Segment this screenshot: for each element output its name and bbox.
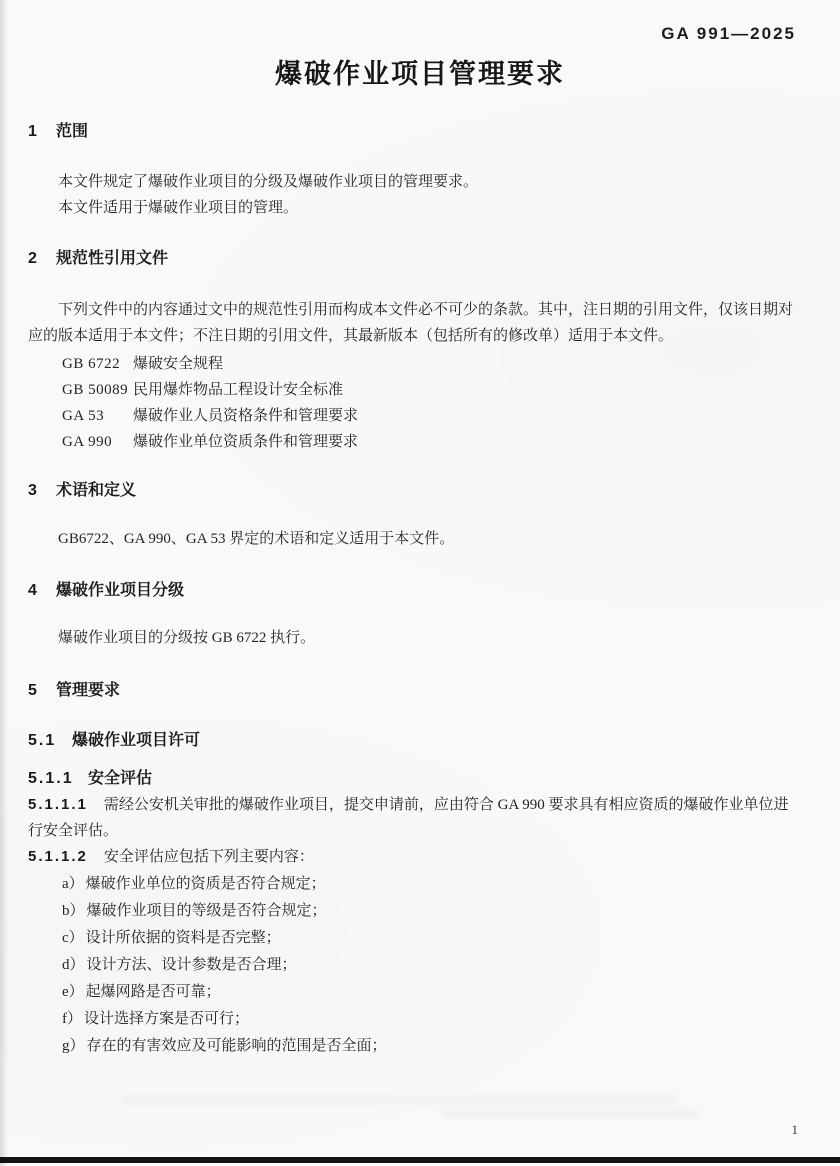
paragraph: 爆破作业项目的分级按 GB 6722 执行。 (28, 625, 796, 651)
list-item: c）设计所依据的资料是否完整； (62, 925, 796, 952)
list-item: g）存在的有害效应及可能影响的范围是否全面； (62, 1033, 796, 1060)
section-5-heading: 5管理要求 (28, 678, 796, 704)
assessment-item-list: a）爆破作业单位的资质是否符合规定； b）爆破作业项目的等级是否符合规定； c）… (62, 871, 796, 1060)
reference-title: 爆破作业人员资格条件和管理要求 (133, 408, 358, 424)
reference-code: GA 990 (62, 429, 133, 455)
item-text: 设计方法、设计参数是否合理； (87, 957, 297, 973)
list-item: a）爆破作业单位的资质是否符合规定； (62, 871, 796, 898)
clause-text: 需经公安机关审批的爆破作业项目，提交申请前，应由符合 GA 990 要求具有相应… (28, 797, 788, 839)
item-label: a） (62, 876, 84, 892)
item-text: 爆破作业项目的等级是否符合规定； (87, 903, 327, 919)
item-text: 存在的有害效应及可能影响的范围是否全面； (87, 1038, 387, 1054)
section-1-heading: 1范围 (28, 119, 796, 145)
clause-number: 5.1.1.2 (28, 848, 88, 865)
reference-row: GB 6722爆破安全规程 (62, 351, 796, 377)
bleedthrough-smudge (120, 1096, 680, 1104)
reference-row: GA 53爆破作业人员资格条件和管理要求 (62, 403, 796, 429)
clause-5-1-1-1: 5.1.1.1需经公安机关审批的爆破作业项目，提交申请前，应由符合 GA 990… (28, 792, 796, 844)
item-text: 起爆网路是否可靠； (86, 984, 221, 1000)
section-4-heading: 4爆破作业项目分级 (28, 578, 796, 604)
section-number: 2 (28, 246, 42, 272)
scanned-document-page: GA 991—2025 爆破作业项目管理要求 1范围 本文件规定了爆破作业项目的… (0, 0, 840, 1166)
item-label: b） (62, 903, 85, 919)
clause-text: 安全评估应包括下列主要内容： (104, 849, 314, 865)
paragraph: 下列文件中的内容通过文中的规范性引用而构成本文件必不可少的条款。其中，注日期的引… (28, 297, 796, 349)
item-label: g） (62, 1038, 85, 1054)
section-heading-text: 安全评估 (88, 770, 152, 787)
paragraph: 本文件适用于爆破作业项目的管理。 (28, 195, 796, 221)
section-number: 1 (28, 119, 42, 145)
section-number: 5.1 (28, 728, 58, 754)
section-number: 5 (28, 678, 42, 704)
item-label: f） (62, 1011, 82, 1027)
paragraph: 本文件规定了爆破作业项目的分级及爆破作业项目的管理要求。 (28, 169, 796, 195)
section-5-1-1-heading: 5.1.1安全评估 (28, 766, 796, 792)
section-heading-text: 爆破作业项目许可 (72, 732, 200, 749)
section-heading-text: 范围 (56, 123, 88, 140)
item-text: 设计所依据的资料是否完整； (86, 930, 281, 946)
reference-row: GA 990爆破作业单位资质条件和管理要求 (62, 429, 796, 455)
section-number: 3 (28, 478, 42, 504)
item-text: 爆破作业单位的资质是否符合规定； (86, 876, 326, 892)
section-heading-text: 爆破作业项目分级 (56, 582, 184, 599)
reference-code: GA 53 (62, 403, 133, 429)
section-heading-text: 管理要求 (56, 682, 120, 699)
reference-row: GB 50089民用爆炸物品工程设计安全标准 (62, 377, 796, 403)
section-heading-text: 规范性引用文件 (56, 250, 168, 267)
list-item: b）爆破作业项目的等级是否符合规定； (62, 898, 796, 925)
item-label: c） (62, 930, 84, 946)
section-2-heading: 2规范性引用文件 (28, 246, 796, 272)
item-label: e） (62, 984, 84, 1000)
section-3-heading: 3术语和定义 (28, 478, 796, 504)
section-heading-text: 术语和定义 (56, 482, 136, 499)
section-number: 4 (28, 578, 42, 604)
standard-number: GA 991—2025 (661, 24, 796, 44)
reference-title: 爆破安全规程 (133, 356, 223, 372)
reference-title: 民用爆炸物品工程设计安全标准 (133, 382, 343, 398)
document-body: 1范围 本文件规定了爆破作业项目的分级及爆破作业项目的管理要求。 本文件适用于爆… (28, 119, 796, 1060)
item-label: d） (62, 957, 85, 973)
bottom-scan-edge-bar (0, 1157, 840, 1163)
normative-reference-list: GB 6722爆破安全规程 GB 50089民用爆炸物品工程设计安全标准 GA … (62, 351, 796, 455)
list-item: e）起爆网路是否可靠； (62, 979, 796, 1006)
reference-code: GB 6722 (62, 351, 133, 377)
paragraph: GB6722、GA 990、GA 53 界定的术语和定义适用于本文件。 (28, 526, 796, 552)
item-text: 设计选择方案是否可行； (84, 1011, 249, 1027)
page-number: 1 (792, 1122, 799, 1138)
list-item: d）设计方法、设计参数是否合理； (62, 952, 796, 979)
bleedthrough-smudge (440, 1109, 700, 1118)
clause-5-1-1-2: 5.1.1.2安全评估应包括下列主要内容： (28, 844, 796, 870)
section-number: 5.1.1 (28, 766, 74, 792)
reference-code: GB 50089 (62, 377, 133, 403)
list-item: f）设计选择方案是否可行； (62, 1006, 796, 1033)
clause-number: 5.1.1.1 (28, 796, 88, 813)
section-5-1-heading: 5.1爆破作业项目许可 (28, 728, 796, 754)
reference-title: 爆破作业单位资质条件和管理要求 (133, 434, 358, 450)
document-title: 爆破作业项目管理要求 (0, 0, 840, 91)
